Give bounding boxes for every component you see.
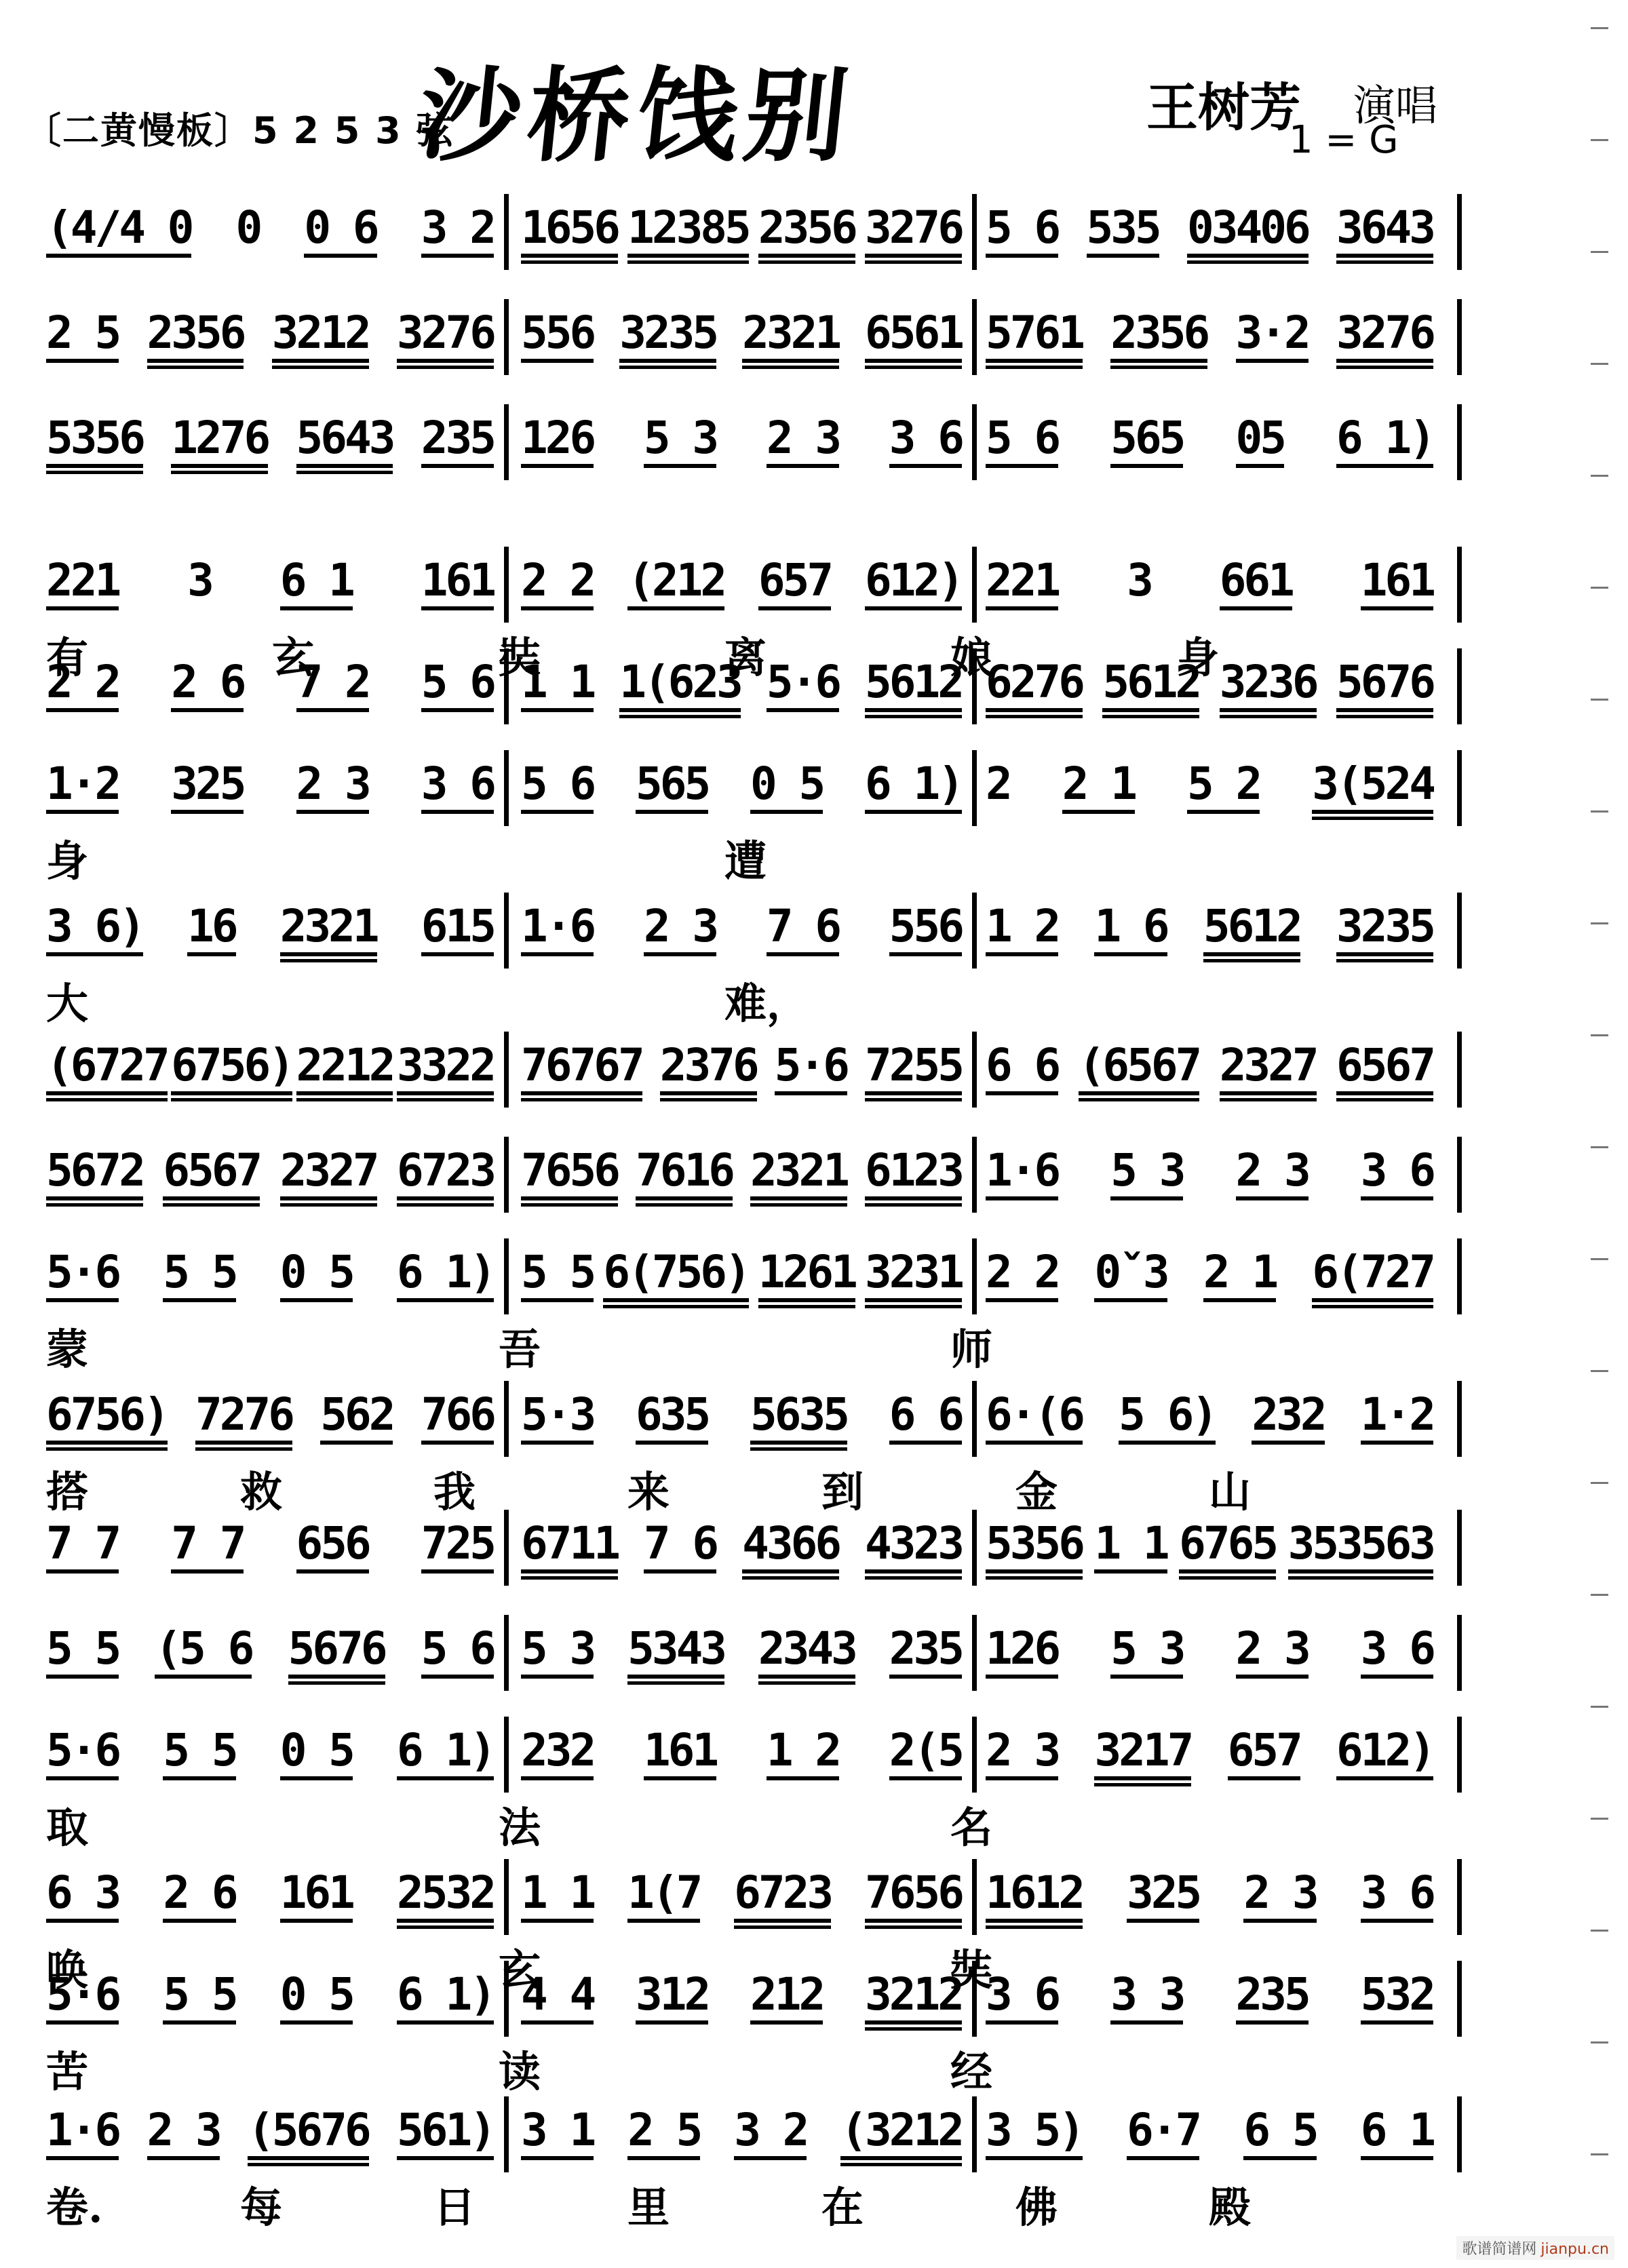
eighth-beam [280, 1919, 353, 1923]
lyric-syllable: 金 [1015, 1458, 1058, 1519]
eighth-beam [1079, 1091, 1200, 1095]
note-group: 6·(6 [986, 1390, 1083, 1445]
sixteenth-beam [758, 1681, 855, 1685]
eighth-beam [627, 2156, 700, 2160]
measure: 5 56(756)12613231 [521, 1248, 962, 1308]
eighth-beam [1236, 1675, 1309, 1679]
note-digits: 4 4 [521, 1970, 594, 2019]
note-group: 3 5) [986, 2106, 1083, 2160]
eighth-beam [889, 1776, 962, 1780]
note-group: 532 [1361, 1970, 1433, 2025]
barline [1457, 648, 1462, 724]
eighth-beam [421, 952, 494, 956]
eighth-beam [750, 2020, 823, 2025]
barline [1457, 1717, 1462, 1793]
measure: 1·62 37 6556 [521, 902, 962, 956]
eighth-beam [521, 1675, 594, 1679]
watermark-domain: jianpu.cn [1540, 2241, 1609, 2258]
eighth-beam [147, 359, 244, 363]
measure: (67276756)22123322 [46, 1041, 494, 1101]
margin-tick [1591, 1706, 1608, 1708]
note-digits: 2 1 [1203, 1248, 1276, 1297]
sixteenth-beam [986, 1576, 1083, 1580]
measure: 1 21 656123235 [986, 902, 1433, 962]
score-row: 6756)72765627665·363556356 66·(65 6)2321… [46, 1390, 1464, 1458]
note-digits: 6 1 [280, 556, 353, 605]
eighth-beam [1336, 1091, 1433, 1095]
note-digits: 03406 [1187, 203, 1309, 252]
note-digits: 5 6) [1119, 1390, 1216, 1439]
note-group: 2 3 [296, 760, 369, 814]
measure: 5·363556356 6 [521, 1390, 962, 1451]
sixteenth-beam [1187, 260, 1309, 264]
note-digits: 5612 [1102, 658, 1199, 707]
measure: 5·65 50 56 1) [46, 1970, 494, 2025]
note-digits: 0 5 [280, 1248, 353, 1297]
sixteenth-beam [1110, 366, 1207, 369]
note-digits: 565 [1110, 414, 1183, 463]
note-group: 2343 [758, 1624, 855, 1685]
eighth-beam [397, 1919, 494, 1923]
note-digits: 6123 [865, 1146, 962, 1195]
note-digits: 3235 [619, 309, 716, 357]
barline [1457, 1961, 1462, 2037]
eighth-beam [660, 1091, 757, 1095]
note-group: 3322 [397, 1041, 494, 1101]
note-digits: 5 3 [1110, 1624, 1183, 1673]
eighth-beam [767, 708, 839, 712]
note-digits: 0 5 [750, 760, 823, 808]
sixteenth-beam [46, 1203, 143, 1207]
note-digits: 5 5 [521, 1248, 594, 1297]
note-group: 5343 [627, 1624, 724, 1685]
eighth-beam [1236, 2020, 1309, 2025]
measure: 2 22 67 25 6 [46, 658, 494, 712]
note-group: 2327 [280, 1146, 377, 1207]
barline [972, 1961, 977, 2037]
note-group: 0 5 [280, 1726, 353, 1780]
eighth-beam [1220, 606, 1292, 610]
note-group: 12385 [627, 203, 749, 264]
note-digits: 1276 [171, 414, 268, 463]
barline [1457, 1615, 1462, 1691]
score-row: 5·65 50 56 1)5 56(756)126132312 20ˇ32 16… [46, 1248, 1464, 1316]
note-digits: 3 [187, 556, 212, 605]
sixteenth-beam [1094, 1783, 1191, 1786]
note-group: 3 2 [421, 203, 494, 258]
measure: 3 6)162321615 [46, 902, 494, 962]
note-group: 2 2 [46, 658, 119, 712]
note-digits: 2(5 [889, 1726, 962, 1775]
note-digits: 2 3 [1236, 1146, 1309, 1195]
eighth-beam [1203, 1298, 1276, 1302]
lyric-syllable: 里 [627, 2174, 670, 2234]
eighth-beam [1361, 1919, 1433, 1923]
note-group: 221 [986, 556, 1058, 610]
sixteenth-beam [986, 1925, 1083, 1929]
note-digits: 6723 [734, 1869, 831, 1917]
measure: 7 77 7656725 [46, 1519, 494, 1573]
measure: 3 5)6·76 56 1 [986, 2106, 1433, 2160]
note-group: 565 [636, 760, 708, 814]
eighth-beam [46, 1196, 143, 1200]
eighth-beam [734, 1919, 831, 1923]
note-group: 5676 [288, 1624, 385, 1685]
note-digits: 7616 [636, 1146, 733, 1195]
eighth-beam [865, 1569, 962, 1573]
eighth-beam [865, 708, 962, 712]
lyric-syllable: 难， [724, 970, 809, 1030]
note-digits: 5·6 [767, 658, 839, 707]
sixteenth-beam [280, 959, 377, 962]
note-digits: (5 6 [155, 1624, 252, 1673]
sixteenth-beam [1336, 260, 1433, 264]
note-digits: 3 3 [1110, 1970, 1183, 2019]
note-group: 235 [889, 1624, 962, 1685]
note-digits: 3 6) [46, 902, 143, 951]
note-digits: 6 1) [865, 760, 962, 808]
eighth-beam [521, 1776, 594, 1780]
note-group: 5676 [1336, 658, 1433, 718]
note-group: 2 3 [147, 2106, 220, 2166]
note-digits: 615 [421, 902, 494, 951]
measure: 6756)7276562766 [46, 1390, 494, 1451]
barline [1457, 299, 1462, 375]
sixteenth-beam [171, 471, 268, 474]
note-group: 6 6 [889, 1390, 962, 1451]
sixteenth-beam [1336, 366, 1433, 369]
barline [1457, 1137, 1462, 1213]
eighth-beam [397, 359, 494, 363]
eighth-beam [889, 952, 962, 956]
note-digits: 232 [1252, 1390, 1324, 1439]
measure: 6·(65 6)2321·2 [986, 1390, 1433, 1445]
note-digits: 3 2 [734, 2106, 807, 2155]
eighth-beam [758, 1298, 855, 1302]
note-digits: 7 6 [767, 902, 839, 951]
note-digits: 5356 [986, 1519, 1083, 1568]
sixteenth-beam [1203, 959, 1300, 962]
sixteenth-beam [734, 1925, 831, 1929]
margin-tick [1591, 475, 1608, 477]
eighth-beam [1110, 1196, 1183, 1200]
sixteenth-beam [1288, 1576, 1433, 1580]
measure: 1265 32 33 6 [986, 1624, 1433, 1679]
note-group: (5676 [248, 2106, 369, 2166]
eighth-beam [521, 464, 594, 468]
note-group: 5·6 [46, 1248, 119, 1302]
note-digits: 2 3 [296, 760, 369, 808]
note-group: 3(524 [1312, 760, 1433, 820]
note-digits: 1·6 [986, 1146, 1058, 1195]
note-group: 612) [865, 556, 962, 610]
sixteenth-beam [865, 2027, 962, 2031]
lyric-syllable: 每 [240, 2174, 282, 2234]
lyric-syllable: 到 [821, 1458, 864, 1519]
sixteenth-beam [1312, 817, 1433, 820]
note-group: 3276 [397, 309, 494, 369]
note-digits: 5·6 [775, 1041, 847, 1090]
eighth-beam [163, 1919, 235, 1923]
lyric-syllable: 经 [950, 2038, 992, 2098]
note-digits: 5 3 [521, 1624, 594, 1673]
sixteenth-beam [147, 366, 244, 369]
note-group: 6(727 [1312, 1248, 1433, 1308]
eighth-beam [986, 952, 1058, 956]
eighth-beam [1102, 708, 1199, 712]
note-group: 2 6 [163, 1869, 235, 1929]
note-digits: 1·2 [1361, 1390, 1433, 1439]
sixteenth-beam [865, 366, 962, 369]
note-digits: 2343 [758, 1624, 855, 1673]
note-digits: 5672 [46, 1146, 143, 1195]
eighth-beam [171, 1569, 244, 1573]
note-group: 3 6 [1361, 1869, 1433, 1929]
note-digits: 2321 [750, 1146, 847, 1195]
note-digits: 3643 [1336, 203, 1433, 252]
note-digits: 5676 [1336, 658, 1433, 707]
note-digits: 2 2 [986, 1248, 1058, 1297]
note-digits: 0 5 [280, 1726, 353, 1775]
eighth-beam [889, 1441, 962, 1445]
sixteenth-beam [865, 260, 962, 264]
note-digits: 1612 [986, 1869, 1083, 1917]
sixteenth-beam [1179, 1576, 1276, 1580]
barline [972, 1859, 977, 1935]
eighth-beam [986, 464, 1058, 468]
note-group: 2 [986, 760, 1010, 820]
eighth-beam [1312, 1298, 1433, 1302]
barline [1457, 750, 1462, 826]
note-digits: 2356 [147, 309, 244, 357]
lyric-syllable: 蒙 [46, 1316, 88, 1376]
eighth-beam [1110, 1675, 1183, 1679]
note-digits: 1 2 [767, 1726, 839, 1775]
eighth-beam [280, 2020, 353, 2025]
sixteenth-beam [758, 1305, 855, 1308]
note-group: 5 3 [1110, 1146, 1183, 1200]
eighth-beam [296, 708, 369, 712]
eighth-beam [521, 1569, 618, 1573]
eighth-beam [1062, 810, 1135, 814]
note-group: 1 6 [1094, 902, 1167, 962]
measure: 535612765643235 [46, 414, 494, 474]
barline [972, 1137, 977, 1213]
note-group: 6567 [163, 1146, 260, 1207]
note-digits: 4323 [865, 1519, 962, 1568]
barline [972, 404, 977, 480]
note-digits: 5676 [288, 1624, 385, 1673]
note-digits: 1656 [521, 203, 618, 252]
barline [972, 194, 977, 270]
barline [972, 1381, 977, 1457]
note-group: (6567 [1079, 1041, 1200, 1101]
measure: 5 5(5 656765 6 [46, 1624, 494, 1685]
note-digits: 212 [750, 1970, 823, 2019]
note-group: 6 5 [1243, 2106, 1316, 2160]
note-digits: 5 5 [46, 1624, 119, 1673]
eighth-beam [644, 1569, 716, 1573]
measure: 2213661161 [986, 556, 1433, 610]
note-digits: 2376 [660, 1041, 757, 1090]
measure: 2321611 22(5 [521, 1726, 962, 1780]
barline [1457, 194, 1462, 270]
note-digits: 6765 [1179, 1519, 1276, 1568]
note-digits: 6567 [163, 1146, 260, 1195]
eighth-beam [1087, 254, 1159, 258]
barline [504, 648, 509, 724]
margin-tick [1591, 2041, 1608, 2044]
measure: 4 43122123212 [521, 1970, 962, 2031]
note-digits: 5 5 [163, 1726, 235, 1775]
eighth-beam [1312, 810, 1433, 814]
note-group: 6 6 [986, 1041, 1058, 1101]
eighth-beam [619, 359, 716, 363]
eighth-beam [521, 359, 594, 363]
eighth-beam [521, 1091, 642, 1095]
note-group: 161 [644, 1726, 716, 1780]
note-group: 5 5 [163, 1726, 235, 1780]
note-digits: 221 [46, 556, 119, 605]
lyric-syllable: 佛 [1015, 2174, 1058, 2234]
note-digits: 1 2 [986, 902, 1058, 951]
note-group: 2 3 [986, 1726, 1058, 1786]
eighth-beam [986, 708, 1083, 712]
note-group: 5356 [46, 414, 143, 474]
note-group: 2 5 [627, 2106, 700, 2166]
note-digits: 221 [986, 556, 1058, 605]
note-digits: 325 [171, 760, 244, 808]
note-group: (212 [627, 556, 724, 610]
note-group: 657 [1228, 1726, 1300, 1786]
note-group: 5 5 [521, 1248, 594, 1308]
eighth-beam [986, 1675, 1058, 1679]
barline [504, 1137, 509, 1213]
lyric-syllable: 日 [433, 2174, 476, 2234]
note-digits: 5612 [1203, 902, 1300, 951]
note-group: 126 [986, 1624, 1058, 1679]
eighth-beam [46, 359, 119, 363]
note-digits: 0 [236, 203, 260, 252]
note-digits: 5 3 [1110, 1146, 1183, 1195]
note-group: 6 1) [397, 1248, 494, 1302]
sixteenth-beam [865, 1305, 962, 1308]
eighth-beam [986, 1091, 1058, 1095]
note-group: 2532 [397, 1869, 494, 1929]
note-digits: 235 [1236, 1970, 1309, 2019]
note-group: 3 6 [421, 760, 494, 814]
note-digits: 2 5 [627, 2106, 700, 2155]
note-group: 556 [889, 902, 962, 956]
eighth-beam [46, 606, 119, 610]
note-group: 5 6) [1119, 1390, 1216, 1445]
margin-tick [1591, 1818, 1608, 1820]
barline [504, 547, 509, 623]
eighth-beam [296, 1569, 369, 1573]
note-group: (5 6 [155, 1624, 252, 1685]
eighth-beam [1094, 1298, 1167, 1302]
eighth-beam [865, 2020, 962, 2025]
note-group: 635 [636, 1390, 708, 1451]
sixteenth-beam [627, 1681, 724, 1685]
note-group: 3235 [1336, 902, 1433, 962]
note-group: 03406 [1187, 203, 1309, 264]
eighth-beam [46, 2156, 119, 2160]
eighth-beam [171, 810, 244, 814]
score-row: 1·62 3(5676561)3 12 53 2(32123 5)6·76 56… [46, 2106, 1464, 2174]
note-digits: (4/4 0 [46, 203, 191, 252]
barline [1457, 1859, 1462, 1935]
eighth-beam [163, 2020, 235, 2025]
note-group: 2 5 [46, 309, 119, 369]
note-digits: 4366 [742, 1519, 839, 1568]
note-group: 5·6 [46, 1726, 119, 1780]
eighth-beam [421, 1675, 494, 1679]
lyric-syllable: 名 [950, 1794, 992, 1854]
note-digits: 2356 [758, 203, 855, 252]
eighth-beam [1361, 1441, 1433, 1445]
note-digits: (3212 [840, 2106, 962, 2155]
sixteenth-beam [750, 1447, 847, 1451]
sixteenth-beam [627, 260, 749, 264]
eighth-beam [521, 254, 618, 258]
measure: 1·23252 33 6 [46, 760, 494, 814]
eighth-beam [46, 708, 119, 712]
sixteenth-beam [521, 1576, 618, 1580]
barline [504, 299, 509, 375]
eighth-beam [750, 1196, 847, 1200]
note-group: 4366 [742, 1519, 839, 1580]
measure: 5 65650 56 1) [521, 760, 962, 814]
sixteenth-beam [46, 1098, 168, 1101]
note-group: 5 6 [986, 414, 1058, 468]
note-digits: 556 [521, 309, 594, 357]
measure: 5 6565056 1) [986, 414, 1433, 468]
eighth-beam [521, 810, 594, 814]
note-group: 1276 [171, 414, 268, 474]
note-digits: 6723 [397, 1146, 494, 1195]
note-digits: 6756) [171, 1041, 292, 1090]
measure: 67117 643664323 [521, 1519, 962, 1580]
lyric-syllable: 法 [499, 1794, 541, 1854]
barline [504, 194, 509, 270]
note-digits: 6 1) [397, 1726, 494, 1775]
sixteenth-beam [46, 471, 143, 474]
barline [504, 1615, 509, 1691]
sixteenth-beam [742, 366, 839, 369]
note-digits: 2 3 [767, 414, 839, 463]
eighth-beam [1236, 359, 1309, 363]
eighth-beam [627, 606, 724, 610]
eighth-beam [986, 1441, 1083, 1445]
eighth-beam [1361, 1675, 1433, 1679]
note-group: 232 [1252, 1390, 1324, 1445]
eighth-beam [1094, 1776, 1191, 1780]
note-group: 1·2 [1361, 1390, 1433, 1445]
note-digits: 5356 [46, 414, 143, 463]
eighth-beam [865, 810, 962, 814]
note-group: 7255 [865, 1041, 962, 1101]
note-digits: 6 1 [1361, 2106, 1433, 2155]
sixteenth-beam [865, 1576, 962, 1580]
measure: 6276561232365676 [986, 658, 1433, 718]
note-digits: 561) [397, 2106, 494, 2155]
eighth-beam [46, 952, 143, 956]
note-group: 5 5 [46, 1624, 119, 1685]
note-group: 3231 [865, 1248, 962, 1308]
lyric-syllable: 苦 [46, 2038, 88, 2098]
note-digits: 2321 [742, 309, 839, 357]
